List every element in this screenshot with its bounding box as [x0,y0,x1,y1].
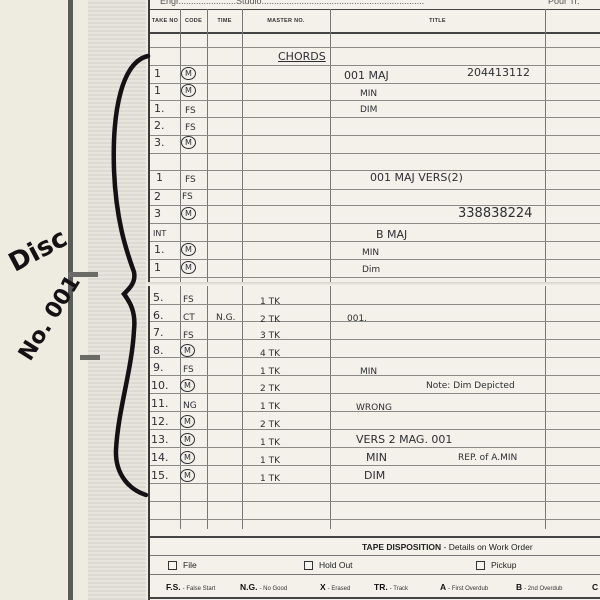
legend-item: A- First Overdub [440,582,488,592]
code: FS [183,294,194,306]
title: DIM [364,470,385,482]
engr-studio-field: Engr.......................Studio.......… [160,0,424,4]
column-rule [207,9,208,529]
master-no: 3 TK [260,330,280,342]
pickup-checkbox[interactable]: Pickup [476,560,517,570]
row-rule [150,519,600,520]
tape-disposition-subtitle: - Details on Work Order [441,542,532,552]
title: MIN [362,247,379,259]
time: N.G. [216,312,235,324]
checkbox-icon[interactable] [168,561,177,570]
master-no: 2 TK [260,314,280,326]
row-rule [150,65,600,66]
row-rule [150,241,600,242]
row-rule [150,117,600,118]
code-circled: M [181,243,196,256]
master-no: 1 TK [260,437,280,449]
legend-key: C [592,582,598,592]
row-rule [150,205,600,206]
row-rule [150,223,600,224]
legend-key: X [320,582,326,592]
disposition-options: File Hold Out Pickup [150,555,600,574]
row-rule [150,501,600,502]
checkbox-icon[interactable] [476,561,485,570]
row-rule [150,189,600,190]
pour-tr-field: Pour Tr. [548,0,580,4]
hold-out-checkbox[interactable]: Hold Out [304,560,353,570]
header-master-no: MASTER NO. [242,10,330,32]
title: 001. [347,313,367,325]
master-no: 1 TK [260,473,280,485]
legend-desc: - 2nd Overdub [524,586,562,592]
tape-disposition-header: TAPE DISPOSITION - Details on Work Order [150,536,600,556]
legend-desc: - First Overdub [448,586,488,592]
legend-key: B [516,582,522,592]
legend-desc: - No Good [259,586,287,592]
title: 001 MAJ VERS(2) [370,172,463,184]
column-rule [545,9,546,529]
paper-fold [148,282,600,286]
legend-item: TR.- Track [374,582,408,592]
code-circled: M [181,261,196,274]
checkbox-label: Hold Out [319,560,353,570]
code: FS [183,330,194,342]
title: Note: Dim Depicted [426,380,515,392]
master-no: 1 TK [260,401,280,413]
code-circled: M [180,379,195,392]
title: VERS 2 MAG. 001 [356,434,452,446]
title: Dim [362,264,380,276]
file-checkbox[interactable]: File [168,560,197,570]
code: FS [185,122,196,134]
legend-item: B- 2nd Overdub [516,582,563,592]
row-rule [150,304,600,305]
checkbox-label: Pickup [491,560,517,570]
title: B MAJ [376,229,407,241]
title: MIN [360,366,377,378]
title: DIM [360,104,377,116]
row-rule [150,47,600,48]
row-rule [150,83,600,84]
code-circled: M [181,67,196,80]
row-rule [150,100,600,101]
chords-heading: CHORDS [278,51,326,63]
margin-notch [80,355,100,360]
header-take-no: TAKE NO [150,10,180,32]
row-rule [150,135,600,136]
title: 001 MAJ [344,70,389,82]
session-log-sheet: Engr.......................Studio.......… [148,0,600,600]
title: MIN [366,452,387,464]
brace-icon [100,50,160,505]
legend-item: C [592,582,600,592]
table-header: TAKE NO CODE TIME MASTER NO. TITLE [150,9,600,34]
row-rule [150,153,600,154]
code-circled: M [180,469,195,482]
code: FS [182,191,193,203]
header-title: TITLE [330,10,545,32]
master-no: 1 TK [260,366,280,378]
code: FS [183,364,194,376]
legend-desc: - Erased [328,586,351,592]
row-rule [150,357,600,358]
code: NG [183,400,197,412]
checkbox-label: File [183,560,197,570]
row-rule [150,483,600,484]
row-rule [150,259,600,260]
row-rule [150,429,600,430]
master-number-note: 204413112 [467,67,530,79]
master-no: 2 TK [260,383,280,395]
tape-disposition-title: TAPE DISPOSITION [362,542,441,552]
header-time: TIME [207,10,242,32]
code-circled: M [181,136,196,149]
code-circled: M [180,451,195,464]
code-circled: M [180,415,195,428]
code-circled: M [180,344,195,357]
column-rule [330,9,331,529]
legend-item: N.G.- No Good [240,582,287,592]
code-circled: M [180,433,195,446]
legend-key: A [440,582,446,592]
title: MIN [360,88,377,100]
code-circled: M [181,84,196,97]
row-rule [150,393,600,394]
row-rule [150,447,600,448]
legend-key: F.S. [166,582,181,592]
row-rule [150,339,600,340]
code: FS [185,174,196,186]
code-legend: F.S.- False Start N.G.- No Good X- Erase… [150,574,600,599]
row-rule [150,465,600,466]
code: FS [185,105,196,117]
engr-studio-line: Engr.......................Studio.......… [150,0,600,8]
row-rule [150,277,600,278]
legend-key: N.G. [240,582,257,592]
legend-desc: - False Start [183,586,216,592]
code-circled: M [181,207,196,220]
header-right [545,10,600,32]
master-number-note: 338838224 [458,208,532,220]
legend-item: F.S.- False Start [166,582,215,592]
master-no: 1 TK [260,296,280,308]
legend-key: TR. [374,582,388,592]
legend-item: X- Erased [320,582,350,592]
title: WRONG [356,402,392,414]
master-no: 1 TK [260,455,280,467]
checkbox-icon[interactable] [304,561,313,570]
code: CT [183,312,195,324]
master-no: 2 TK [260,419,280,431]
column-rule [242,9,243,529]
header-code: CODE [180,10,207,32]
side-note: REP. of A.MIN [458,452,517,464]
legend-desc: - Track [390,586,408,592]
master-no: 4 TK [260,348,280,360]
